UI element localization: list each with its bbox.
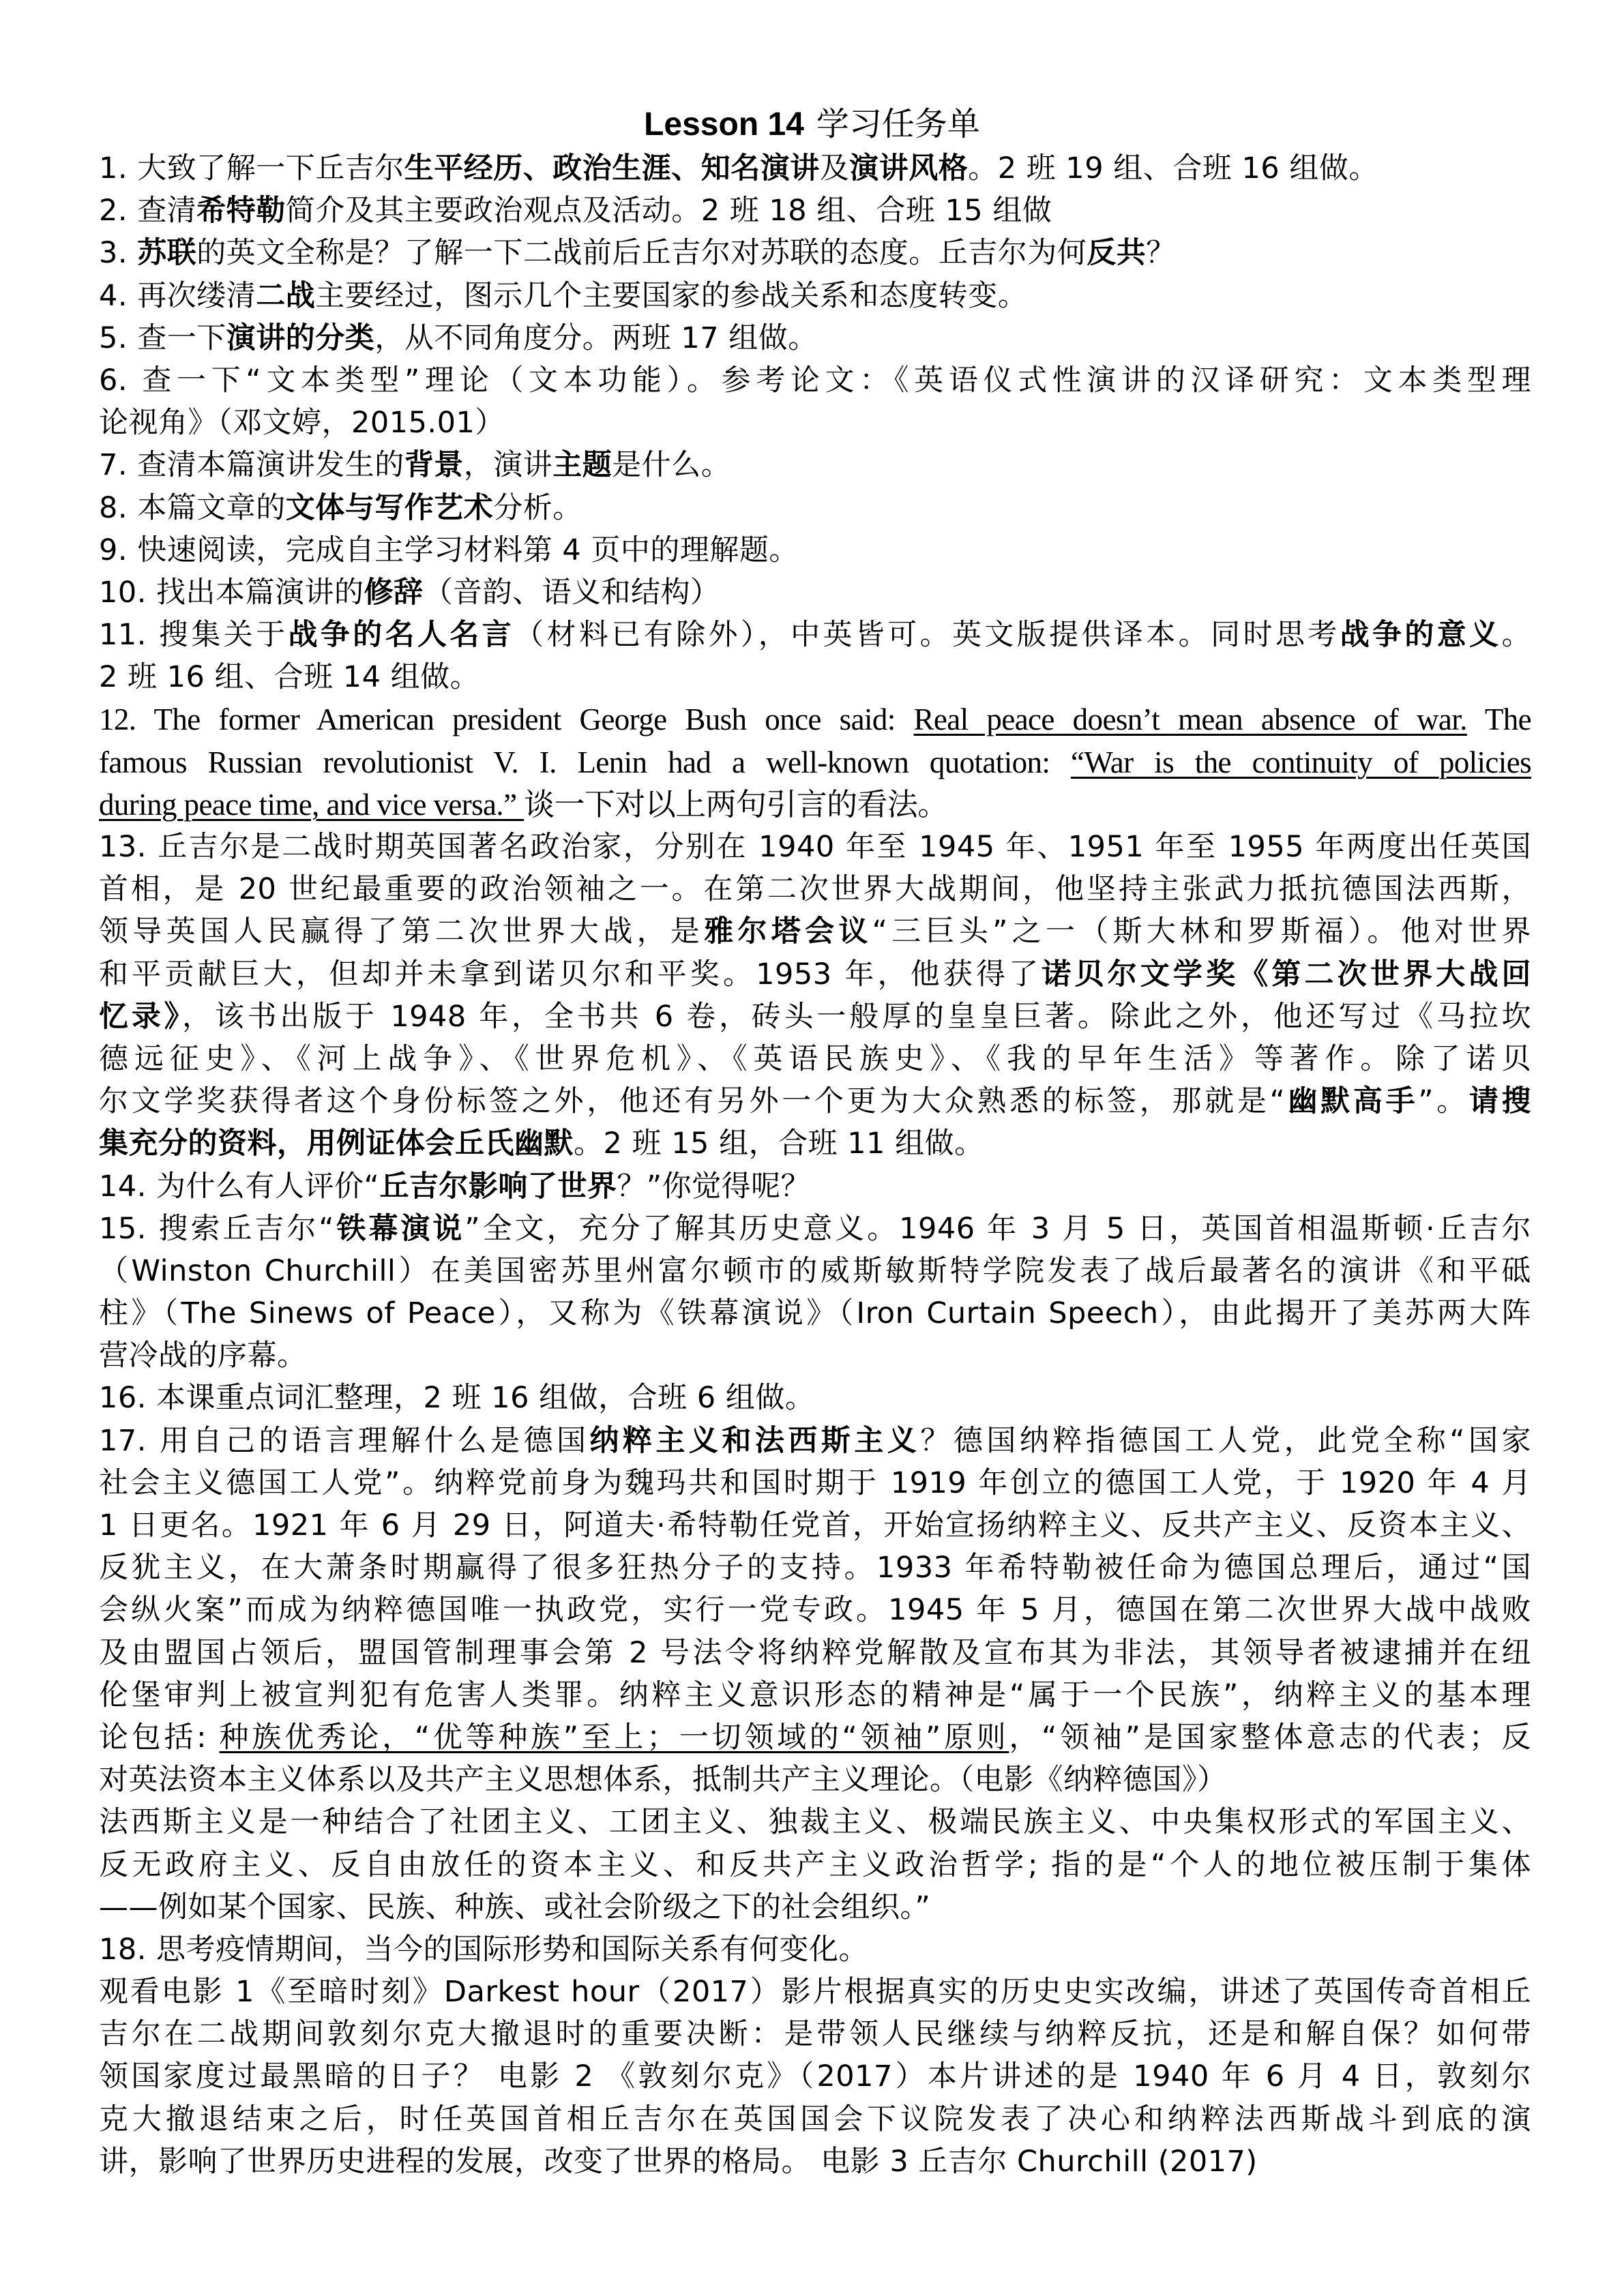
task-item-13-line: 集充分的资料，用例证体会丘氏幽默。2 班 15 组，合班 11 组做。 xyxy=(99,1122,1531,1165)
bold-keyword: 苏联 xyxy=(137,236,196,270)
bold-keyword: 二战 xyxy=(256,279,315,313)
task-item-17-line: 社会主义德国工人党”。纳粹党前身为魏玛共和国时期于 1919 年创立的德国工人党… xyxy=(99,1462,1531,1504)
task-item-10-line: 10. 找出本篇演讲的修辞（音韵、语义和结构） xyxy=(99,571,1531,614)
task-item-13-line: 忆录》，该书出版于 1948 年，全书共 6 卷，砖头一般厚的皇皇巨著。除此之外… xyxy=(99,996,1531,1038)
bold-keyword: 纳粹主义和法西斯主义 xyxy=(589,1424,920,1458)
text-segment: 吉尔在二战期间敦刻尔克大撤退时的重要决断：是带领人民继续与纳粹反抗，还是和解自保… xyxy=(99,2017,1531,2051)
bold-keyword: 战争的名人名言 xyxy=(288,618,514,652)
text-segment: ，“领袖”是国家整体意志的代表；反 xyxy=(1009,1720,1531,1755)
task-item-11-line: 11. 搜集关于战争的名人名言（材料已有除外），中英皆可。英文版提供译本。同时思… xyxy=(99,614,1531,656)
text-segment: （材料已有除外），中英皆可。英文版提供译本。同时思考 xyxy=(514,618,1340,652)
bold-keyword: 集充分的资料，用例证体会丘氏幽默 xyxy=(99,1127,574,1161)
text-segment: 11. 搜集关于 xyxy=(99,618,288,652)
bold-keyword: 希特勒 xyxy=(196,194,286,228)
title-task-sheet: 学习任务单 xyxy=(816,105,980,143)
bold-keyword: 背景 xyxy=(404,448,464,482)
text-segment: 主要经过，图示几个主要国家的参战关系和态度转变。 xyxy=(315,279,1027,313)
task-item-17-line: 反犹主义，在大萧条时期赢得了很多狂热分子的支持。1933 年希特勒被任命为德国总… xyxy=(99,1547,1531,1589)
document-page: Lesson 14学习任务单 1. 大致了解一下丘吉尔生平经历、政治生涯、知名演… xyxy=(0,0,1624,2296)
text-segment: 2. 查清 xyxy=(99,194,196,228)
task-item-12-line: famous Russian revolutionist V. I. Lenin… xyxy=(99,741,1531,784)
text-segment: 简介及其主要政治观点及活动。2 班 18 组、合班 15 组做 xyxy=(286,194,1052,228)
task-item-17-line: 论包括: 种族优秀论，“优等种族”至上；一切领域的“领袖”原则，“领袖”是国家整… xyxy=(99,1716,1531,1759)
text-segment: 会纵火案”而成为纳粹德国唯一执政党，实行一党专政。1945 年 5 月，德国在第… xyxy=(99,1593,1531,1627)
text-segment: ”全文，充分了解其历史意义。1946 年 3 月 5 日，英国首相温斯顿·丘吉尔 xyxy=(464,1212,1531,1246)
text-segment: ，从不同角度分。两班 17 组做。 xyxy=(374,321,818,355)
text-segment: 论视角》（邓文婷，2015.01） xyxy=(99,406,505,440)
task-item-17-line: 反无政府主义、反自由放任的资本主义、和反共产主义政治哲学; 指的是“个人的地位被… xyxy=(99,1844,1531,1886)
text-segment: 对英法资本主义体系以及共产主义思想体系，抵制共产主义理论。（电影《纳粹德国》） xyxy=(99,1763,1227,1797)
task-item-19-line: 观看电影 1《至暗时刻》Darkest hour（2017）影片根据真实的历史史… xyxy=(99,1971,1531,2013)
task-item-19-line: 领国家度过最黑暗的日子？ 电影 2 《敦刻尔克》（2017）本片讲述的是 194… xyxy=(99,2055,1531,2098)
text-segment: 讲，影响了世界历史进程的发展，改变了世界的格局。 电影 3 丘吉尔 Church… xyxy=(99,2145,1258,2179)
task-item-17-line: 会纵火案”而成为纳粹德国唯一执政党，实行一党专政。1945 年 5 月，德国在第… xyxy=(99,1589,1531,1631)
text-segment: 及由盟国占领后，盟国管制理事会第 2 号法令将纳粹党解散及宣布其为非法，其领导者… xyxy=(99,1636,1531,1670)
task-item-11-line: 2 班 16 组、合班 14 组做。 xyxy=(99,656,1531,698)
task-item-17-line: 伦堡审判上被宣判犯有危害人类罪。纳粹主义意识形态的精神是“属于一个民族”，纳粹主… xyxy=(99,1674,1531,1716)
bold-keyword: 诺贝尔文学奖《第二次世界大战回 xyxy=(1042,957,1531,992)
task-item-12-line: during peace time, and vice versa.” 谈一下对… xyxy=(99,784,1531,826)
bold-keyword: 幽默高手 xyxy=(1285,1084,1418,1118)
bold-keyword: 忆录》 xyxy=(99,1000,182,1034)
text-segment: 6. 查一下“文本类型”理论（文本功能）。参考论文：《英语仪式性演讲的汉译研究：… xyxy=(99,363,1531,398)
task-item-13-line: 领导英国人民赢得了第二次世界大战，是雅尔塔会议“三巨头”之一（斯大林和罗斯福）。… xyxy=(99,910,1531,953)
bold-keyword: 请搜 xyxy=(1469,1084,1531,1118)
text-segment: 及 xyxy=(820,151,850,185)
text-segment: 8. 本篇文章的 xyxy=(99,491,286,525)
text-segment: ——例如某个国家、民族、种族、或社会阶级之下的社会组织。” xyxy=(99,1890,930,1924)
task-item-13-line: 德远征史》、《河上战争》、《世界危机》、《英语民族史》、《我的早年生活》等著作。… xyxy=(99,1038,1531,1080)
text-segment: 反无政府主义、反自由放任的资本主义、和反共产主义政治哲学; 指的是“个人的地位被… xyxy=(99,1848,1531,1882)
text-segment: 2 班 16 组、合班 14 组做。 xyxy=(99,660,479,694)
task-item-13-line: 首相，是 20 世纪最重要的政治领袖之一。在第二次世界大战期间，他坚持主张武力抵… xyxy=(99,868,1531,910)
text-segment: 16. 本课重点词汇整理，2 班 16 组做，合班 6 组做。 xyxy=(99,1381,814,1415)
bold-keyword: 文体与写作艺术 xyxy=(286,491,494,525)
text-segment: “三巨头”之一（斯大林和罗斯福）。他对世界 xyxy=(872,914,1531,949)
task-item-19-line: 讲，影响了世界历史进程的发展，改变了世界的格局。 电影 3 丘吉尔 Church… xyxy=(99,2141,1531,2183)
text-segment: 13. 丘吉尔是二战时期英国著名政治家，分别在 1940 年至 1945 年、1… xyxy=(99,830,1531,864)
task-item-9-line: 9. 快速阅读，完成自主学习材料第 4 页中的理解题。 xyxy=(99,529,1531,571)
text-segment: famous Russian revolutionist V. I. Lenin… xyxy=(99,745,1071,779)
text-segment: 。 xyxy=(1502,618,1532,652)
bold-keyword: 雅尔塔会议 xyxy=(704,914,872,949)
task-item-5-line: 5. 查一下演讲的分类，从不同角度分。两班 17 组做。 xyxy=(99,317,1531,359)
text-segment: 5. 查一下 xyxy=(99,321,226,355)
text-segment: 分析。 xyxy=(493,491,582,525)
title-lesson: Lesson 14 xyxy=(644,106,804,143)
underlined-quote: “War is the continuity of policies xyxy=(1071,745,1531,779)
bold-keyword: 修辞 xyxy=(364,576,424,610)
text-segment: ”。 xyxy=(1418,1084,1469,1118)
text-segment: ，演讲 xyxy=(464,448,553,482)
text-segment: （音韵、语义和结构） xyxy=(424,576,720,610)
text-segment: 论包括: xyxy=(99,1720,220,1755)
task-item-19-line: 吉尔在二战期间敦刻尔克大撤退时的重要决断：是带领人民继续与纳粹反抗，还是和解自保… xyxy=(99,2013,1531,2055)
text-segment: 1 日更名。1921 年 6 月 29 日，阿道夫·希特勒任党首，开始宣扬纳粹主… xyxy=(99,1508,1531,1542)
bold-keyword: 生平经历、政治生涯、知名演讲 xyxy=(404,151,820,185)
text-segment: 4. 再次缕清 xyxy=(99,279,256,313)
underlined-quote: Real peace doesn’t mean absence of war. xyxy=(914,702,1467,736)
task-item-15-line: 15. 搜索丘吉尔“铁幕演说”全文，充分了解其历史意义。1946 年 3 月 5… xyxy=(99,1208,1531,1250)
task-item-4-line: 4. 再次缕清二战主要经过，图示几个主要国家的参战关系和态度转变。 xyxy=(99,275,1531,317)
task-item-3-line: 3. 苏联的英文全称是？了解一下二战前后丘吉尔对苏联的态度。丘吉尔为何反共？ xyxy=(99,232,1531,274)
text-segment: 14. 为什么有人评价“ xyxy=(99,1169,379,1204)
task-item-13-line: 尔文学奖获得者这个身份标签之外，他还有另外一个更为大众熟悉的标签，那就是“幽默高… xyxy=(99,1080,1531,1122)
task-item-13-line: 13. 丘吉尔是二战时期英国著名政治家，分别在 1940 年至 1945 年、1… xyxy=(99,826,1531,868)
text-segment: 18. 思考疫情期间，当今的国际形势和国际关系有何变化。 xyxy=(99,1933,868,1967)
text-segment: The xyxy=(1467,702,1531,736)
text-segment: 克大撤退结束之后，时任英国首相丘吉尔在英国国会下议院发表了决心和纳粹法西斯战斗到… xyxy=(99,2102,1531,2136)
text-segment: 法西斯主义是一种结合了社团主义、工团主义、独裁主义、极端民族主义、中央集权形式的… xyxy=(99,1805,1531,1839)
text-segment: ，该书出版于 1948 年，全书共 6 卷，砖头一般厚的皇皇巨著。除此之外，他还… xyxy=(182,1000,1531,1034)
text-segment: 德远征史》、《河上战争》、《世界危机》、《英语民族史》、《我的早年生活》等著作。… xyxy=(99,1042,1531,1076)
text-segment: 17. 用自己的语言理解什么是德国 xyxy=(99,1424,589,1458)
text-segment: ？德国纳粹指德国工人党，此党全称“国家 xyxy=(920,1424,1531,1458)
text-segment: 。2 班 15 组，合班 11 组做。 xyxy=(574,1127,984,1161)
task-item-15-line: 柱》（The Sinews of Peace），又称为《铁幕演说》（Iron C… xyxy=(99,1292,1531,1335)
bold-keyword: 反共 xyxy=(1087,236,1146,270)
page-title: Lesson 14学习任务单 xyxy=(0,102,1624,146)
task-item-15-line: （Winston Churchill）在美国密苏里州富尔顿市的威斯敏斯特学院发表… xyxy=(99,1250,1531,1292)
underlined-quote: during peace time, and vice versa.” xyxy=(99,788,524,822)
task-item-16-line: 16. 本课重点词汇整理，2 班 16 组做，合班 6 组做。 xyxy=(99,1377,1531,1419)
text-segment: 观看电影 1《至暗时刻》Darkest hour（2017）影片根据真实的历史史… xyxy=(99,1975,1531,2009)
task-item-6-line: 论视角》（邓文婷，2015.01） xyxy=(99,402,1531,444)
text-segment: 尔文学奖获得者这个身份标签之外，他还有另外一个更为大众熟悉的标签，那就是“ xyxy=(99,1084,1285,1118)
task-item-6-line: 6. 查一下“文本类型”理论（文本功能）。参考论文：《英语仪式性演讲的汉译研究：… xyxy=(99,359,1531,402)
text-segment: 谈一下对以上两句引言的看法。 xyxy=(524,788,948,822)
task-item-18-line: 18. 思考疫情期间，当今的国际形势和国际关系有何变化。 xyxy=(99,1928,1531,1971)
task-item-12-line: 12. The former American president George… xyxy=(99,698,1531,741)
task-item-2-line: 2. 查清希特勒简介及其主要政治观点及活动。2 班 18 组、合班 15 组做 xyxy=(99,190,1531,232)
text-segment: 领导英国人民赢得了第二次世界大战，是 xyxy=(99,914,704,949)
bold-keyword: 主题 xyxy=(552,448,612,482)
task-list: 1. 大致了解一下丘吉尔生平经历、政治生涯、知名演讲及演讲风格。2 班 19 组… xyxy=(99,147,1531,2183)
task-item-8-line: 8. 本篇文章的文体与写作艺术分析。 xyxy=(99,487,1531,529)
text-segment: 的英文全称是？了解一下二战前后丘吉尔对苏联的态度。丘吉尔为何 xyxy=(196,236,1087,270)
text-segment: 10. 找出本篇演讲的 xyxy=(99,576,364,610)
task-item-15-line: 营冷战的序幕。 xyxy=(99,1335,1531,1377)
text-segment: ？ xyxy=(1146,236,1176,270)
bold-keyword: 战争的意义 xyxy=(1340,618,1502,652)
text-segment: 柱》（The Sinews of Peace），又称为《铁幕演说》（Iron C… xyxy=(99,1296,1531,1330)
text-segment: 反犹主义，在大萧条时期赢得了很多狂热分子的支持。1933 年希特勒被任命为德国总… xyxy=(99,1551,1531,1585)
text-segment: 和平贡献巨大，但却并未拿到诺贝尔和平奖。1953 年，他获得了 xyxy=(99,957,1042,992)
task-item-13-line: 和平贡献巨大，但却并未拿到诺贝尔和平奖。1953 年，他获得了诺贝尔文学奖《第二… xyxy=(99,953,1531,996)
text-segment: （Winston Churchill）在美国密苏里州富尔顿市的威斯敏斯特学院发表… xyxy=(99,1254,1531,1288)
text-segment: 伦堡审判上被宣判犯有危害人类罪。纳粹主义意识形态的精神是“属于一个民族”，纳粹主… xyxy=(99,1678,1531,1712)
task-item-17-line: 对英法资本主义体系以及共产主义思想体系，抵制共产主义理论。（电影《纳粹德国》） xyxy=(99,1759,1531,1801)
bold-keyword: 铁幕演说 xyxy=(334,1212,464,1246)
task-item-17-line: 1 日更名。1921 年 6 月 29 日，阿道夫·希特勒任党首，开始宣扬纳粹主… xyxy=(99,1504,1531,1547)
task-item-17-line: 17. 用自己的语言理解什么是德国纳粹主义和法西斯主义？德国纳粹指德国工人党，此… xyxy=(99,1420,1531,1462)
text-segment: ？”你觉得呢？ xyxy=(617,1169,810,1204)
task-item-14-line: 14. 为什么有人评价“丘吉尔影响了世界？”你觉得呢？ xyxy=(99,1165,1531,1208)
task-item-7-line: 7. 查清本篇演讲发生的背景，演讲主题是什么。 xyxy=(99,444,1531,486)
task-item-1-line: 1. 大致了解一下丘吉尔生平经历、政治生涯、知名演讲及演讲风格。2 班 19 组… xyxy=(99,147,1531,190)
text-segment: 领国家度过最黑暗的日子？ 电影 2 《敦刻尔克》（2017）本片讲述的是 194… xyxy=(99,2059,1531,2093)
text-segment: 1. 大致了解一下丘吉尔 xyxy=(99,151,404,185)
text-segment: 12. The former American president George… xyxy=(99,702,914,736)
text-segment: 3. xyxy=(99,236,137,270)
text-segment: 是什么。 xyxy=(612,448,730,482)
text-segment: 9. 快速阅读，完成自主学习材料第 4 页中的理解题。 xyxy=(99,533,799,567)
task-item-17-line: 法西斯主义是一种结合了社团主义、工团主义、独裁主义、极端民族主义、中央集权形式的… xyxy=(99,1801,1531,1843)
text-segment: 社会主义德国工人党”。纳粹党前身为魏玛共和国时期于 1919 年创立的德国工人党… xyxy=(99,1466,1531,1500)
text-segment: 7. 查清本篇演讲发生的 xyxy=(99,448,404,482)
text-segment: 15. 搜索丘吉尔“ xyxy=(99,1212,334,1246)
text-segment: 首相，是 20 世纪最重要的政治领袖之一。在第二次世界大战期间，他坚持主张武力抵… xyxy=(99,872,1531,906)
text-segment: 。2 班 19 组、合班 16 组做。 xyxy=(968,151,1378,185)
bold-keyword: 演讲的分类 xyxy=(226,321,375,355)
task-item-19-line: 克大撤退结束之后，时任英国首相丘吉尔在英国国会下议院发表了决心和纳粹法西斯战斗到… xyxy=(99,2098,1531,2141)
text-segment: 营冷战的序幕。 xyxy=(99,1339,307,1373)
bold-keyword: 丘吉尔影响了世界 xyxy=(379,1169,617,1204)
underlined-quote: 种族优秀论，“优等种族”至上；一切领域的“领袖”原则 xyxy=(220,1720,1009,1755)
bold-keyword: 演讲风格 xyxy=(849,151,968,185)
task-item-17-line: ——例如某个国家、民族、种族、或社会阶级之下的社会组织。” xyxy=(99,1886,1531,1928)
task-item-17-line: 及由盟国占领后，盟国管制理事会第 2 号法令将纳粹党解散及宣布其为非法，其领导者… xyxy=(99,1632,1531,1674)
